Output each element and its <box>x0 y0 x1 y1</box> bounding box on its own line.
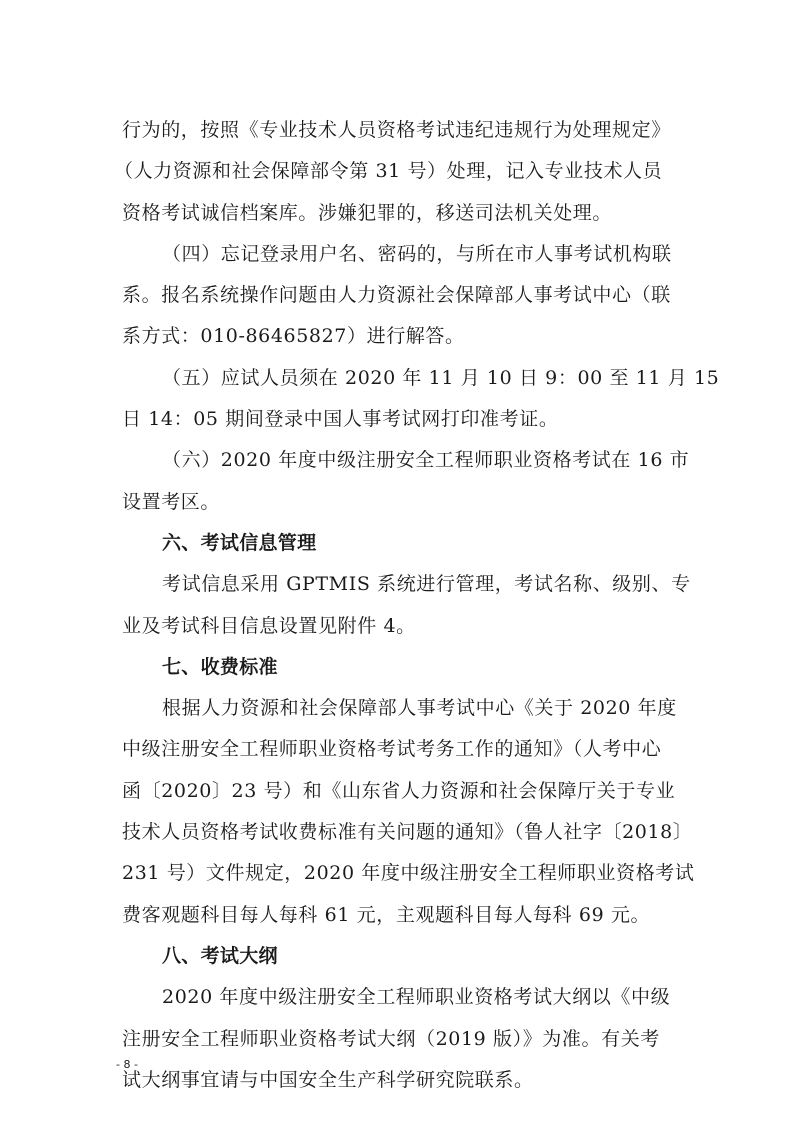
paragraph-item-six: （六）2020 年度中级注册安全工程师职业资格考试在 16 市 <box>122 440 682 481</box>
text-line: 业及考试科目信息设置见附件 4。 <box>122 606 682 647</box>
text-line: 2020 年度中级注册安全工程师职业资格考试大纲以《中级 <box>122 977 682 1018</box>
text-line: 系方式：010-86465827）进行解答。 <box>122 316 682 357</box>
text-line: 试大纲事宜请与中国安全生产科学研究院联系。 <box>122 1060 682 1101</box>
text-line: 根据人力资源和社会保障部人事考试中心《关于 2020 年度 <box>122 688 682 729</box>
text-line: （人力资源和社会保障部令第 31 号）处理，记入专业技术人员 <box>114 151 682 192</box>
text-line: 费客观题科目每人每科 61 元，主观题科目每人每科 69 元。 <box>122 895 682 936</box>
section-heading-fees: 七、收费标准 <box>122 647 682 688</box>
text-line: 设置考区。 <box>122 482 682 523</box>
text-line: 231 号）文件规定，2020 年度中级注册安全工程师职业资格考试 <box>122 853 682 894</box>
section-heading-exam-info: 六、考试信息管理 <box>122 523 682 564</box>
text-line: 资格考试诚信档案库。涉嫌犯罪的，移送司法机关处理。 <box>122 193 682 234</box>
text-line: 技术人员资格考试收费标准有关问题的通知》（鲁人社字〔2018〕 <box>122 812 682 853</box>
paragraph-item-five: （五）应试人员须在 2020 年 11 月 10 日 9：00 至 11 月 1… <box>122 358 682 399</box>
paragraph-item-four: （四）忘记登录用户名、密码的，与所在市人事考试机构联 <box>122 234 682 275</box>
text-line: 日 14：05 期间登录中国人事考试网打印准考证。 <box>122 399 682 440</box>
page-number: - 8 - <box>116 1058 138 1071</box>
text-line: 中级注册安全工程师职业资格考试考务工作的通知》（人考中心 <box>122 729 682 770</box>
text-line: 行为的，按照《专业技术人员资格考试违纪违规行为处理规定》 <box>122 110 682 151</box>
section-heading-syllabus: 八、考试大纲 <box>122 936 682 977</box>
text-line: 注册安全工程师职业资格考试大纲（2019 版）》为准。有关考 <box>122 1019 682 1060</box>
text-line: 函〔2020〕23 号）和《山东省人力资源和社会保障厅关于专业 <box>122 771 682 812</box>
document-page: 行为的，按照《专业技术人员资格考试违纪违规行为处理规定》 （人力资源和社会保障部… <box>0 0 800 1132</box>
document-body: 行为的，按照《专业技术人员资格考试违纪违规行为处理规定》 （人力资源和社会保障部… <box>122 110 682 1101</box>
text-line: 考试信息采用 GPTMIS 系统进行管理，考试名称、级别、专 <box>122 564 682 605</box>
text-line: 系。报名系统操作问题由人力资源社会保障部人事考试中心（联 <box>122 275 682 316</box>
